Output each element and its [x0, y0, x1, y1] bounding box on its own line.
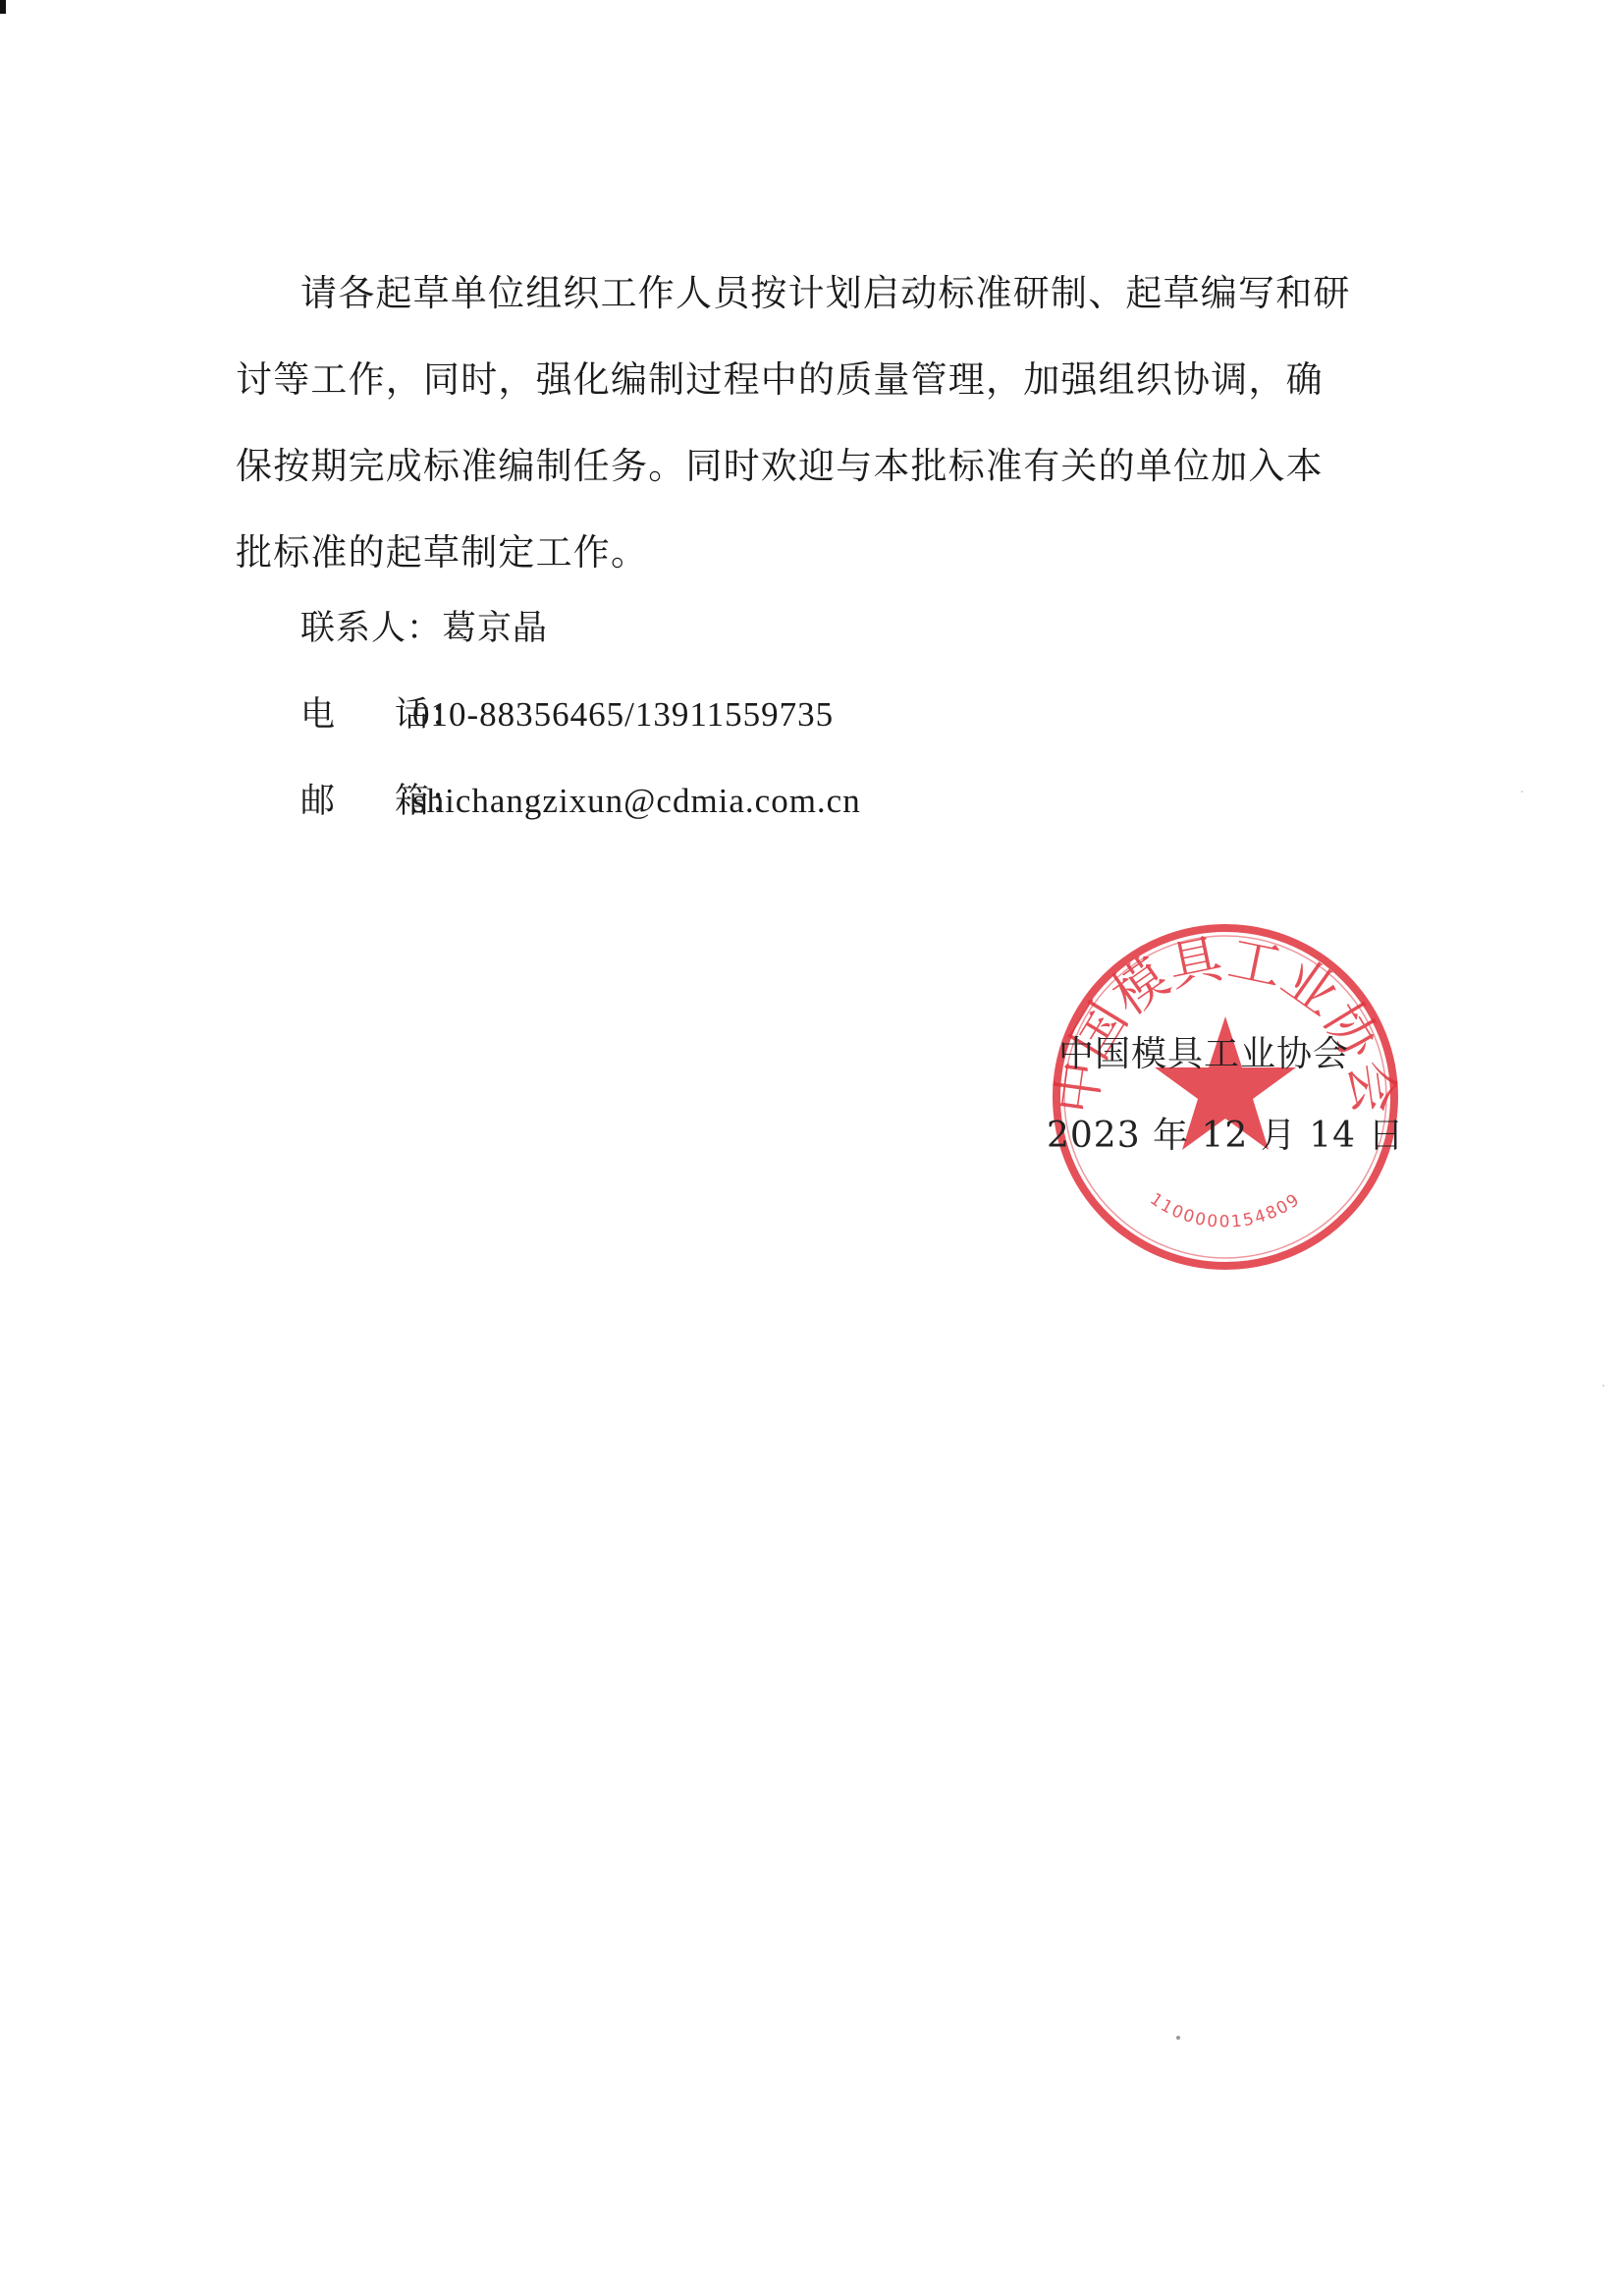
contact-phone-value: 010-88356465/13911559735: [412, 695, 834, 734]
paragraph-line: 请各起草单位组织工作人员按计划启动标准研制、起草编写和研: [300, 250, 1366, 337]
official-seal-stamp: 中国模具工业协会 1100000154809: [1049, 920, 1402, 1274]
seal-serial: 1100000154809: [1146, 1189, 1304, 1231]
signature-organization: 中国模具工业协会: [1058, 1026, 1349, 1076]
scan-corner-mark: [0, 0, 6, 14]
body-paragraph: 请各起草单位组织工作人员按计划启动标准研制、起草编写和研 讨等工作，同时，强化编…: [300, 250, 1366, 596]
contact-email-link[interactable]: shichangzixun@cdmia.com.cn: [412, 782, 861, 820]
svg-text:1100000154809: 1100000154809: [1146, 1189, 1304, 1231]
scan-speck: [1521, 791, 1523, 793]
paragraph-line: 批标准的起草制定工作。: [236, 510, 1366, 596]
paragraph-line: 保按期完成标准编制任务。同时欢迎与本批标准有关的单位加入本: [236, 423, 1366, 510]
scan-speck: [1176, 2036, 1180, 2040]
contact-person-label: 联系人：: [300, 601, 442, 650]
scan-speck: [1602, 1385, 1604, 1387]
paragraph-line: 讨等工作，同时，强化编制过程中的质量管理，加强组织协调，确: [236, 337, 1366, 423]
contact-email: 邮箱：shichangzixun@cdmia.com.cn: [300, 774, 861, 823]
contact-person-value: 葛京晶: [442, 609, 548, 647]
contact-phone: 电话：010-88356465/13911559735: [300, 687, 834, 737]
contact-person: 联系人：葛京晶: [300, 601, 548, 650]
signature-date: 2023 年 12 月 14 日: [1047, 1108, 1404, 1158]
